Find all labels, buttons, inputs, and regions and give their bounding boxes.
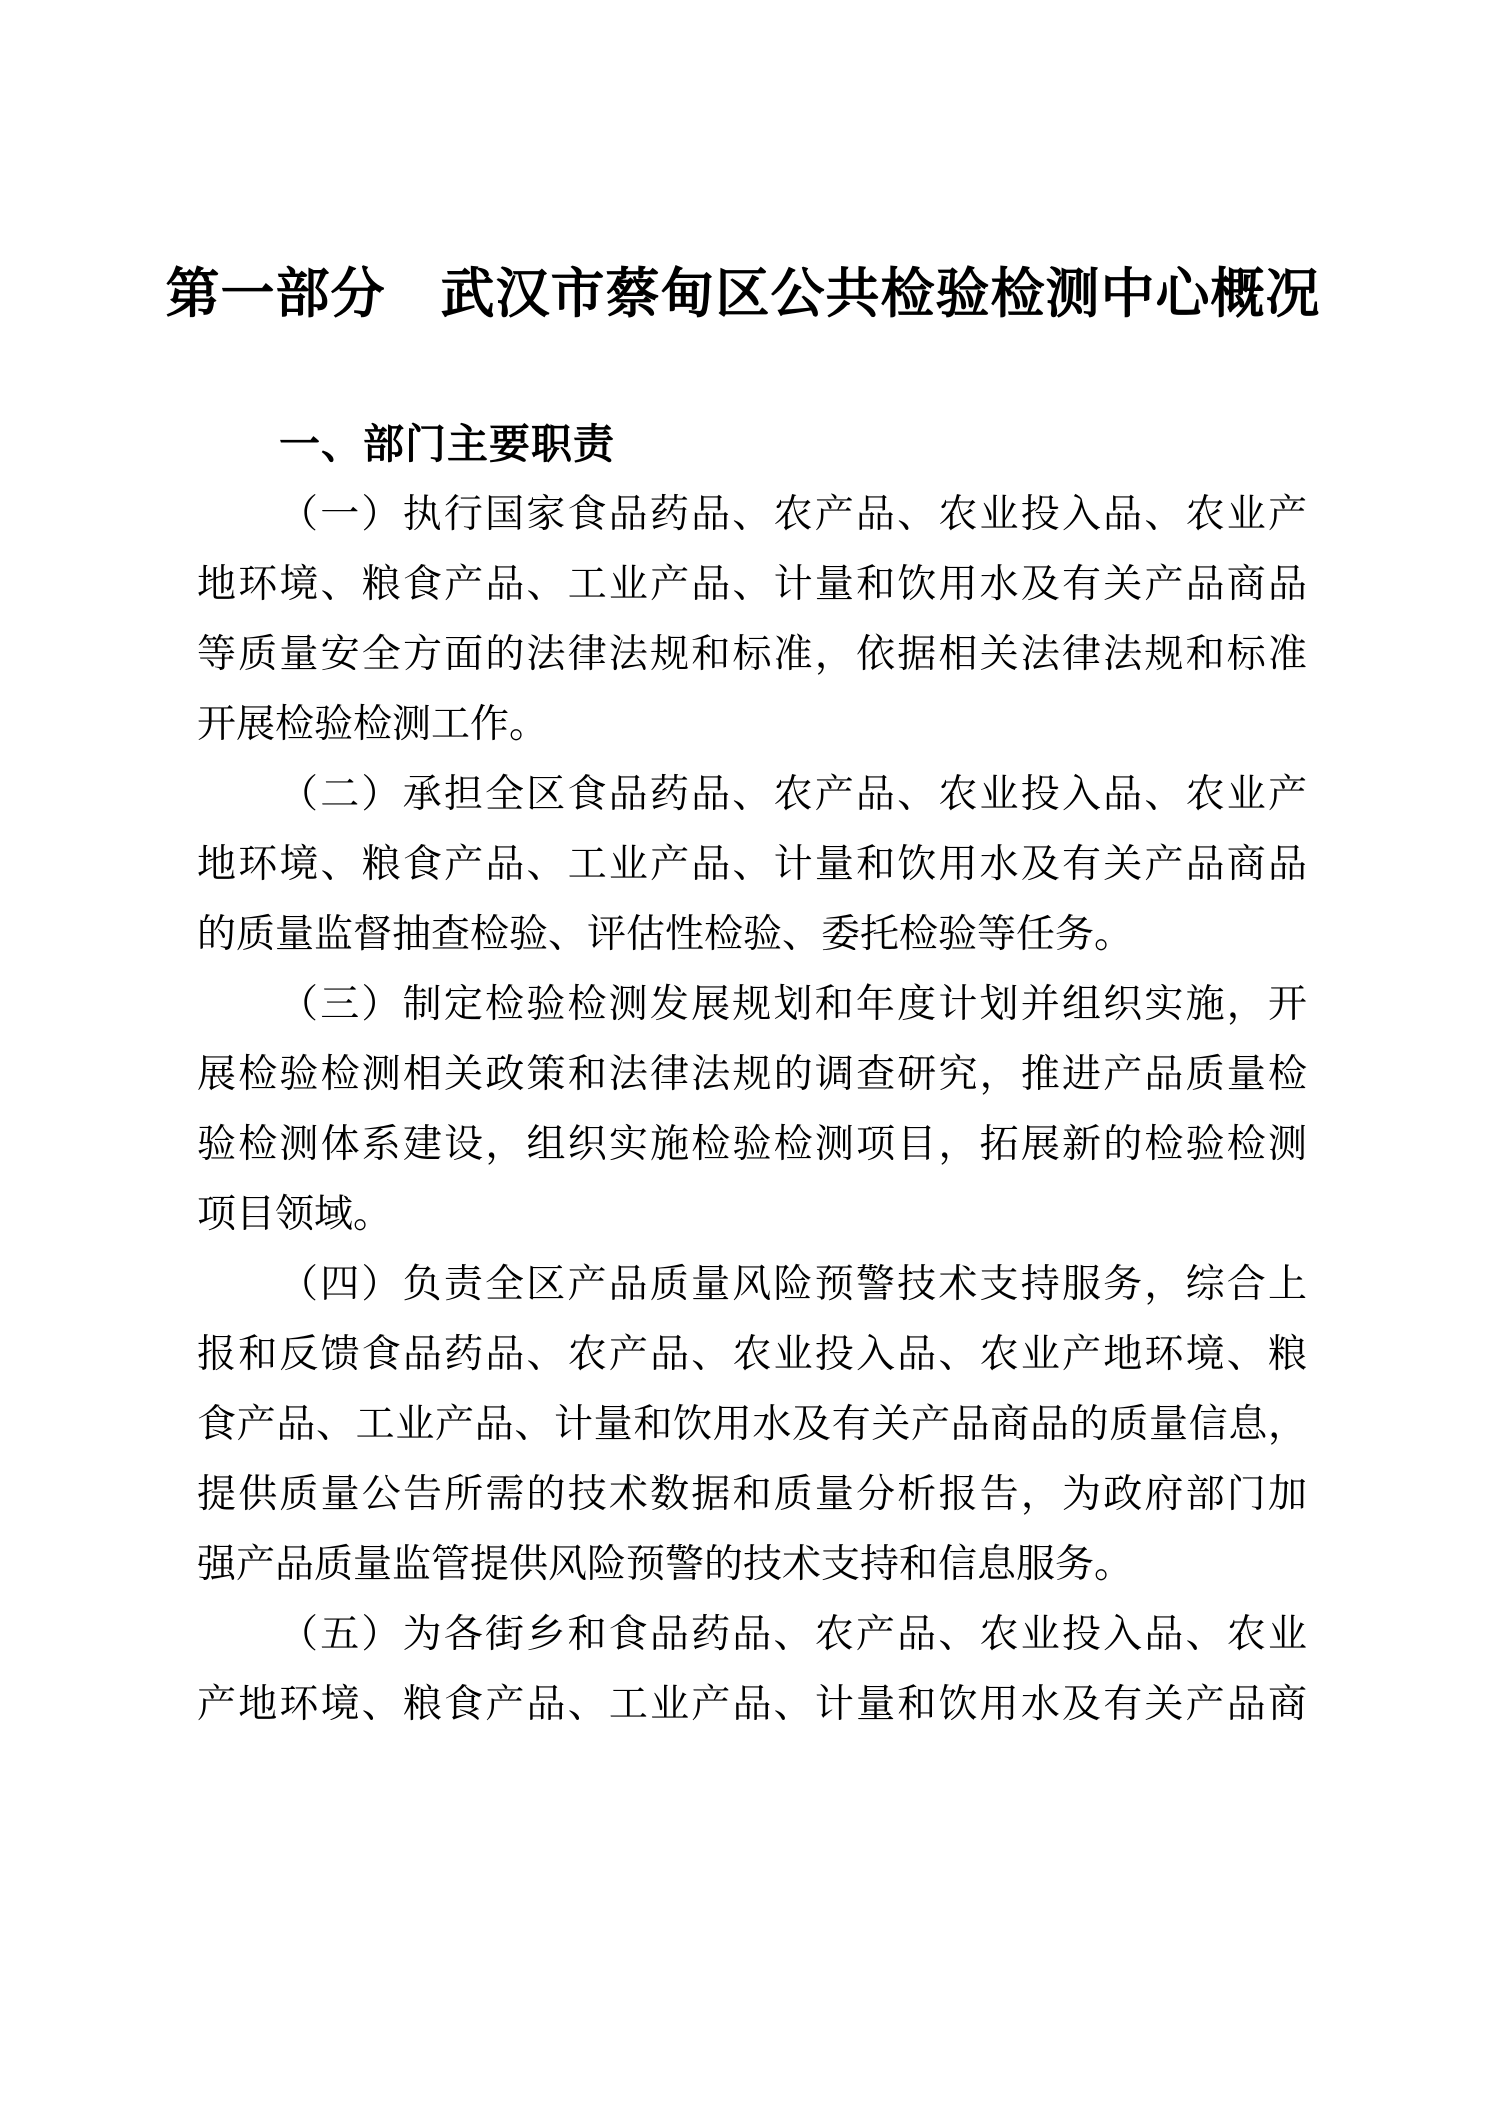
body-line: 的质量监督抽查检验、评估性检验、委托检验等任务。 xyxy=(197,900,1307,970)
paragraph-1: （一）执行国家食品药品、农产品、农业投入品、农业产 地环境、粮食产品、工业产品、… xyxy=(197,480,1307,760)
body-line: 等质量安全方面的法律法规和标准，依据相关法律法规和标准 xyxy=(197,620,1307,690)
body-line: 提供质量公告所需的技术数据和质量分析报告，为政府部门加 xyxy=(197,1460,1307,1530)
body-line: 地环境、粮食产品、工业产品、计量和饮用水及有关产品商品 xyxy=(197,830,1307,900)
body-line: （二）承担全区食品药品、农产品、农业投入品、农业产 xyxy=(197,760,1307,830)
body-line: （五）为各街乡和食品药品、农产品、农业投入品、农业 xyxy=(197,1600,1307,1670)
body-line: （四）负责全区产品质量风险预警技术支持服务，综合上 xyxy=(197,1250,1307,1320)
body-line: 食产品、工业产品、计量和饮用水及有关产品商品的质量信息， xyxy=(197,1390,1307,1460)
document-title: 第一部分 武汉市蔡甸区公共检验检测中心概况 xyxy=(0,0,1486,324)
body-line: 产地环境、粮食产品、工业产品、计量和饮用水及有关产品商 xyxy=(197,1670,1307,1740)
document-body: 一、部门主要职责 （一）执行国家食品药品、农产品、农业投入品、农业产 地环境、粮… xyxy=(197,420,1307,1740)
paragraph-4: （四）负责全区产品质量风险预警技术支持服务，综合上 报和反馈食品药品、农产品、农… xyxy=(197,1250,1307,1600)
body-line: （一）执行国家食品药品、农产品、农业投入品、农业产 xyxy=(197,480,1307,550)
body-line: 验检测体系建设，组织实施检验检测项目，拓展新的检验检测 xyxy=(197,1110,1307,1180)
body-line: 项目领域。 xyxy=(197,1180,1307,1250)
body-line: 报和反馈食品药品、农产品、农业投入品、农业产地环境、粮 xyxy=(197,1320,1307,1390)
body-line: 展检验检测相关政策和法律法规的调查研究，推进产品质量检 xyxy=(197,1040,1307,1110)
document-page: 第一部分 武汉市蔡甸区公共检验检测中心概况 一、部门主要职责 （一）执行国家食品… xyxy=(0,0,1486,2103)
paragraph-3: （三）制定检验检测发展规划和年度计划并组织实施，开 展检验检测相关政策和法律法规… xyxy=(197,970,1307,1250)
body-line: 强产品质量监管提供风险预警的技术支持和信息服务。 xyxy=(197,1530,1307,1600)
body-line: 开展检验检测工作。 xyxy=(197,690,1307,760)
paragraph-5: （五）为各街乡和食品药品、农产品、农业投入品、农业 产地环境、粮食产品、工业产品… xyxy=(197,1600,1307,1740)
body-line: 地环境、粮食产品、工业产品、计量和饮用水及有关产品商品 xyxy=(197,550,1307,620)
body-line: （三）制定检验检测发展规划和年度计划并组织实施，开 xyxy=(197,970,1307,1040)
paragraph-2: （二）承担全区食品药品、农产品、农业投入品、农业产 地环境、粮食产品、工业产品、… xyxy=(197,760,1307,970)
section-heading: 一、部门主要职责 xyxy=(197,420,1307,468)
